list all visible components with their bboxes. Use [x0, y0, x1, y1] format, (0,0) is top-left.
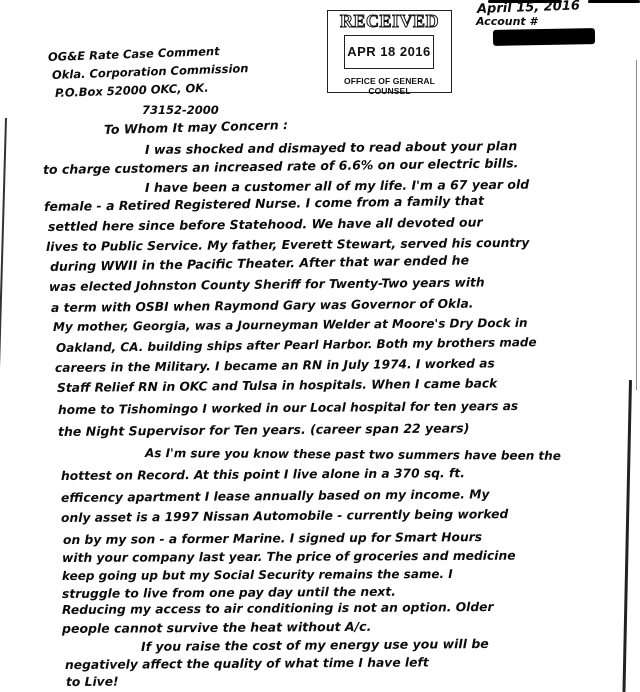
letter-line: keep going up but my Social Security rem… — [62, 567, 453, 583]
letter-line: during WWII in the Pacific Theater. Afte… — [50, 252, 469, 274]
letter-line: negatively affect the quality of what ti… — [65, 655, 429, 672]
recipient-line: Okla. Corporation Commission — [52, 61, 249, 82]
recipient-line: P.O.Box 52000 OKC, OK. — [55, 81, 209, 100]
letter-line: Staff Relief RN in OKC and Tulsa in hosp… — [57, 376, 497, 395]
letter-line: efficency apartment I lease annually bas… — [61, 487, 490, 505]
recipient-line: 73152-2000 — [142, 103, 219, 117]
letter-line: with your company last year. The price o… — [62, 549, 516, 565]
letter-line: female - a Retired Registered Nurse. I c… — [44, 193, 484, 214]
received-stamp: RECEIVED APR 18 2016 OFFICE OF GENERAL C… — [327, 10, 452, 93]
letter-line: If you raise the cost of my energy use y… — [141, 636, 489, 654]
letter-line: lives to Public Service. My father, Ever… — [46, 236, 529, 254]
letter-line: the Night Supervisor for Ten years. (car… — [58, 420, 470, 439]
stamp-date: APR 18 2016 — [344, 35, 434, 69]
letter-line: As I'm sure you know these past two summ… — [145, 446, 561, 463]
letter-line: home to Tishomingo I worked in our Local… — [58, 399, 518, 417]
letter-line: people cannot survive the heat without A… — [62, 619, 371, 636]
letter-line: a term with OSBI when Raymond Gary was G… — [51, 297, 474, 315]
letter-line: settled here since before Statehood. We … — [48, 214, 483, 234]
account-number-redaction — [493, 28, 595, 46]
stamp-office: OFFICE OF GENERAL COUNSEL — [328, 76, 451, 96]
letter-line: I was shocked and dismayed to read about… — [145, 138, 517, 157]
letter-line: Reducing my access to air conditioning i… — [62, 600, 494, 617]
scan-edge-right-top — [636, 60, 637, 390]
letter-line: struggle to live from one pay day until … — [62, 585, 396, 601]
letter-line: Oakland, CA. building ships after Pearl … — [56, 335, 537, 355]
letter-line: to Live! — [66, 675, 119, 689]
redaction-bar — [588, 0, 640, 3]
stamp-title: RECEIVED — [330, 12, 449, 30]
scan-edge-right — [622, 380, 632, 692]
letter-line: hottest on Record. At this point I live … — [61, 466, 465, 483]
letter-line: careers in the Military. I became an RN … — [55, 356, 495, 375]
letter-line: My mother, Georgia, was a Journeyman Wel… — [53, 316, 528, 334]
letter-line: to charge customers an increased rate of… — [43, 155, 519, 177]
account-label: Account # — [476, 15, 537, 28]
letter-line: on by my son - a former Marine. I signed… — [63, 530, 482, 547]
letter-line: only asset is a 1997 Nissan Automobile -… — [61, 507, 508, 525]
scan-edge-left — [0, 118, 6, 393]
salutation: To Whom It may Concern : — [104, 117, 288, 137]
letter-line: was elected Johnston County Sheriff for … — [49, 275, 485, 294]
recipient-line: OG&E Rate Case Comment — [48, 44, 220, 64]
